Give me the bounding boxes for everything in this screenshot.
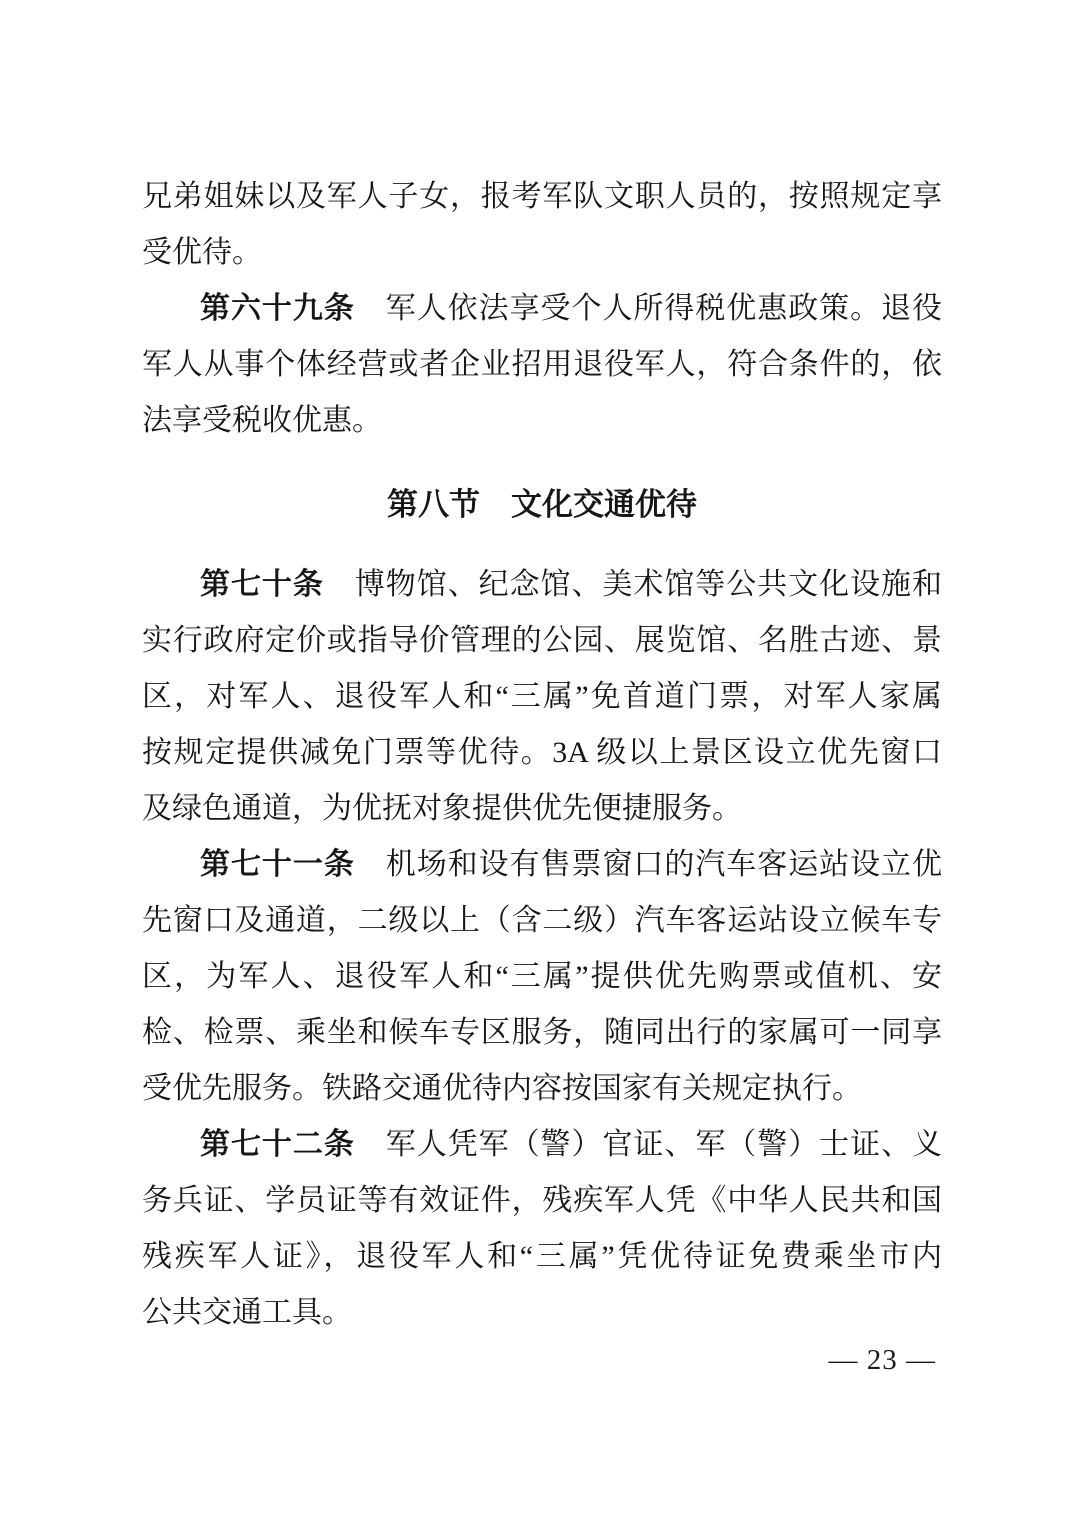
paragraph-first-line: 第七十条 博物馆、纪念馆、美术馆等公共文化设施和 (142, 557, 942, 613)
text-run: 区，为军人、退役军人和“三属”提供优先购票或值机、安 (142, 960, 942, 993)
article-number: 第六十九条 (200, 292, 355, 325)
article-number: 第七十二条 (200, 1128, 355, 1161)
text-run: 区，对军人、退役军人和“三属”免首道门票，对军人家属 (142, 680, 942, 713)
text-line: 实行政府定价或指导价管理的公园、展览馆、名胜古迹、景 (142, 613, 942, 669)
text-line: 受优先服务。铁路交通优待内容按国家有关规定执行。 (142, 1061, 942, 1117)
text-line: 残疾军人证》，退役军人和“三属”凭优待证免费乘坐市内 (142, 1229, 942, 1285)
text-line: 法享受税收优惠。 (142, 393, 942, 449)
text-run: 按规定提供减免门票等优待。3A 级以上景区设立优先窗口 (142, 736, 942, 769)
text-line: 军人从事个体经营或者企业招用退役军人，符合条件的，依 (142, 337, 942, 393)
text-run: 先窗口及通道，二级以上（含二级）汽车客运站设立候车专 (142, 904, 942, 937)
text-run: 法享受税收优惠。 (142, 404, 382, 437)
paragraph-first-line: 第六十九条 军人依法享受个人所得税优惠政策。退役 (142, 281, 942, 337)
document-page: 兄弟姐妹以及军人子女，报考军队文职人员的，按照规定享受优待。第六十九条 军人依法… (0, 0, 1074, 1514)
page-number: — 23 — (829, 1342, 937, 1378)
text-run: 检、检票、乘坐和候车专区服务，随同出行的家属可一同享 (142, 1016, 942, 1049)
text-line: 务兵证、学员证等有效证件，残疾军人凭《中华人民共和国 (142, 1173, 942, 1229)
text-line: 及绿色通道，为优抚对象提供优先便捷服务。 (142, 781, 942, 837)
text-run: 实行政府定价或指导价管理的公园、展览馆、名胜古迹、景 (142, 624, 942, 657)
text-run: 军人凭军（警）官证、军（警）士证、义 (355, 1128, 942, 1161)
section-heading: 第八节 文化交通优待 (142, 477, 942, 533)
document-body: 兄弟姐妹以及军人子女，报考军队文职人员的，按照规定享受优待。第六十九条 军人依法… (142, 169, 942, 1341)
text-line: 公共交通工具。 (142, 1285, 942, 1341)
text-run: 兄弟姐妹以及军人子女，报考军队文职人员的，按照规定享 (142, 180, 942, 213)
text-run: 军人从事个体经营或者企业招用退役军人，符合条件的，依 (142, 348, 942, 381)
text-run: 军人依法享受个人所得税优惠政策。退役 (355, 292, 942, 325)
text-run: 博物馆、纪念馆、美术馆等公共文化设施和 (324, 568, 942, 601)
text-line: 区，对军人、退役军人和“三属”免首道门票，对军人家属 (142, 669, 942, 725)
article-number: 第七十一条 (200, 848, 355, 881)
text-line: 兄弟姐妹以及军人子女，报考军队文职人员的，按照规定享 (142, 169, 942, 225)
text-line: 先窗口及通道，二级以上（含二级）汽车客运站设立候车专 (142, 893, 942, 949)
text-line: 按规定提供减免门票等优待。3A 级以上景区设立优先窗口 (142, 725, 942, 781)
article-number: 第七十条 (200, 568, 324, 601)
text-run: 受优待。 (142, 236, 262, 269)
paragraph-first-line: 第七十二条 军人凭军（警）官证、军（警）士证、义 (142, 1117, 942, 1173)
text-run: 公共交通工具。 (142, 1296, 352, 1329)
section-heading-text: 第八节 文化交通优待 (387, 487, 697, 522)
text-run: 残疾军人证》，退役军人和“三属”凭优待证免费乘坐市内 (142, 1240, 942, 1273)
text-line: 受优待。 (142, 225, 942, 281)
text-line: 检、检票、乘坐和候车专区服务，随同出行的家属可一同享 (142, 1005, 942, 1061)
text-run: 受优先服务。铁路交通优待内容按国家有关规定执行。 (142, 1072, 862, 1105)
text-run: 务兵证、学员证等有效证件，残疾军人凭《中华人民共和国 (142, 1184, 942, 1217)
text-run: 及绿色通道，为优抚对象提供优先便捷服务。 (142, 792, 742, 825)
text-line: 区，为军人、退役军人和“三属”提供优先购票或值机、安 (142, 949, 942, 1005)
paragraph-first-line: 第七十一条 机场和设有售票窗口的汽车客运站设立优 (142, 837, 942, 893)
text-run: 机场和设有售票窗口的汽车客运站设立优 (355, 848, 942, 881)
